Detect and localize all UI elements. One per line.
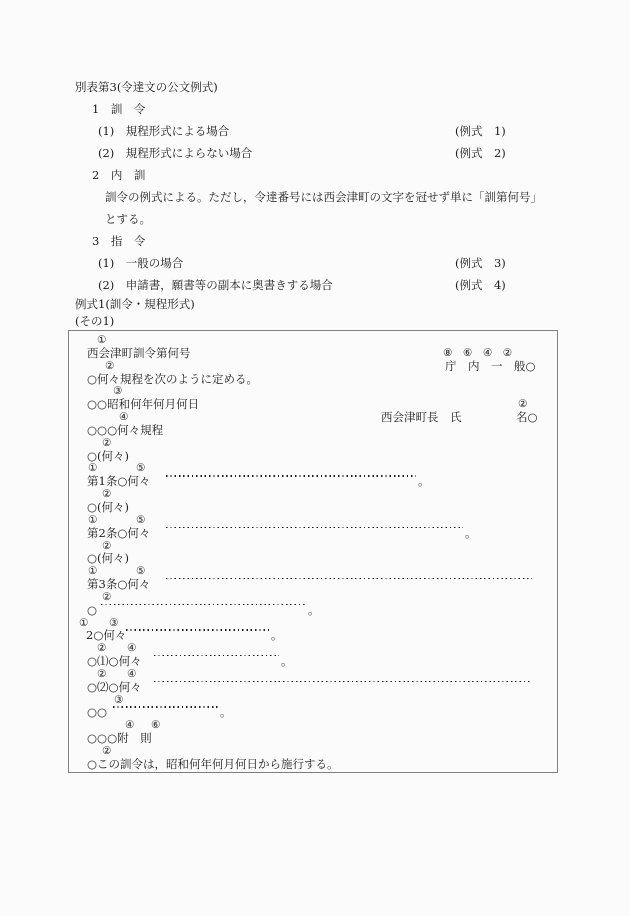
line-text: 第2条○何々 xyxy=(87,527,150,540)
dot-leader xyxy=(101,604,306,605)
document-title: 別表第3(令達文の公文例式) xyxy=(75,76,565,98)
line-text: ○(何々) xyxy=(87,552,129,565)
spacing-annotation-line: ③ xyxy=(69,694,557,707)
outline-section: 別表第3(令達文の公文例式) 1 訓 令(1) 規程形式による場合(例式 1)(… xyxy=(75,76,565,296)
format-reference-label: (例式 1) xyxy=(455,120,506,142)
line-text: 2○何々 xyxy=(86,629,126,642)
document-text-line: 第2条○何々。 xyxy=(69,527,557,540)
circled-number: ② xyxy=(102,745,111,758)
document-text-line: 第3条○何々 xyxy=(69,578,557,591)
spacing-annotation-line: ②④ xyxy=(69,642,557,655)
circled-number: ① xyxy=(88,514,97,527)
document-text-line: ○○○何々規程 xyxy=(69,424,557,437)
dot-leader xyxy=(166,475,416,476)
dot-leader xyxy=(154,681,532,682)
circled-number: ⑤ xyxy=(136,514,145,527)
document-text-line: ○⑵○何々 xyxy=(69,681,557,694)
line-text: ○○ xyxy=(87,706,107,719)
spacing-annotation-line: ①⑤ xyxy=(69,514,557,527)
outline-line: 2 内 訓 xyxy=(75,164,565,186)
outline-lines: 1 訓 令(1) 規程形式による場合(例式 1)(2) 規程形式によらない場合(… xyxy=(75,98,565,296)
dot-leader xyxy=(126,629,269,630)
line-text: ○(何々) xyxy=(87,450,129,463)
document-text-line: ○○。 xyxy=(69,706,557,719)
spacing-annotation-line: ②④ xyxy=(69,668,557,681)
outline-line-text: (1) 規程形式による場合 xyxy=(98,124,229,138)
document-text-line: 第1条○何々。 xyxy=(69,475,557,488)
line-text: 。 xyxy=(308,604,320,617)
format-reference-label: (例式 4) xyxy=(455,274,506,296)
outline-line-text: (1) 一般の場合 xyxy=(98,256,183,270)
circled-number: ② xyxy=(102,437,111,450)
outline-line: 訓令の例式による。ただし，令達番号には西会津町の文字を冠せず単に「訓第何号」 xyxy=(75,186,565,208)
line-text: 名○ xyxy=(516,411,538,424)
line-text: 。 xyxy=(220,706,232,719)
spacing-annotation-line: ①③ xyxy=(69,617,557,630)
document-text-line: ○⑴○何々。 xyxy=(69,655,557,668)
example-box-lines: ①西会津町訓令第何号⑧ ⑥ ④ ②②庁 内 一 般○○何々規程を次のように定める… xyxy=(69,334,557,771)
line-text: 。 xyxy=(271,629,283,642)
spacing-annotation-line: ④西会津町長 氏名○ xyxy=(69,411,557,424)
circled-number: ④ xyxy=(119,411,128,424)
line-text: 第3条○何々 xyxy=(87,578,150,591)
spacing-annotation-line: ① xyxy=(69,334,557,347)
line-text: 第1条○何々 xyxy=(87,475,150,488)
example-subcaption: (その1) xyxy=(75,313,195,330)
circled-number: ② xyxy=(105,360,114,373)
line-text: ○ xyxy=(87,604,97,617)
outline-line-text: とする。 xyxy=(105,212,151,226)
spacing-annotation-line: ② xyxy=(69,488,557,501)
line-text: ○⑵○何々 xyxy=(87,681,142,694)
outline-line-text: 1 訓 令 xyxy=(92,102,145,116)
outline-line: 1 訓 令 xyxy=(75,98,565,120)
outline-line-text: 3 指 令 xyxy=(92,234,145,248)
document-text-line: ○(何々) xyxy=(69,501,557,514)
line-text: ○○○附 則 xyxy=(87,732,152,745)
line-text: 。 xyxy=(281,655,293,668)
document-text-line: ○○○附 則 xyxy=(69,732,557,745)
circled-number: ① xyxy=(97,334,106,347)
circled-number: ④ xyxy=(127,668,136,681)
example-box: ①西会津町訓令第何号⑧ ⑥ ④ ②②庁 内 一 般○○何々規程を次のように定める… xyxy=(68,330,558,773)
outline-line-text: (2) 申請書，願書等の副本に奥書きする場合 xyxy=(98,278,333,292)
outline-line: (1) 一般の場合(例式 3) xyxy=(75,252,565,274)
spacing-annotation-line: ②庁 内 一 般○ xyxy=(69,360,557,373)
line-text: 。 xyxy=(418,475,430,488)
document-text-line: 西会津町訓令第何号⑧ ⑥ ④ ② xyxy=(69,347,557,360)
outline-line: (2) 規程形式によらない場合(例式 2) xyxy=(75,142,565,164)
line-text: 西会津町長 氏 xyxy=(381,411,462,424)
dot-leader xyxy=(113,706,218,707)
spacing-annotation-line: ② xyxy=(69,437,557,450)
outline-line-text: 訓令の例式による。ただし，令達番号には西会津町の文字を冠せず単に「訓第何号」 xyxy=(105,190,542,204)
circled-number: ③ xyxy=(114,694,123,707)
document-text-line: ○(何々) xyxy=(69,552,557,565)
outline-line: (1) 規程形式による場合(例式 1) xyxy=(75,120,565,142)
outline-line: 3 指 令 xyxy=(75,230,565,252)
line-text: ○⑴○何々 xyxy=(87,655,142,668)
line-text: ○○○何々規程 xyxy=(87,424,163,437)
example-caption: 例式1(訓令・規程形式) xyxy=(75,296,195,313)
document-text-line: ○(何々) xyxy=(69,450,557,463)
spacing-annotation-line: ② xyxy=(69,745,557,758)
outline-line: とする。 xyxy=(75,208,565,230)
format-reference-label: (例式 2) xyxy=(455,142,506,164)
line-text: ○(何々) xyxy=(87,501,129,514)
outline-line-text: 2 内 訓 xyxy=(92,168,145,182)
format-reference-label: (例式 3) xyxy=(455,252,506,274)
dot-leader xyxy=(166,578,532,579)
line-text: ○この訓令は，昭和何年何月何日から施行する。 xyxy=(87,758,339,771)
circled-number: ⑧ ⑥ ④ ② xyxy=(443,347,512,360)
circled-number: ② xyxy=(97,668,106,681)
example-captions: 例式1(訓令・規程形式) (その1) xyxy=(75,296,195,329)
spacing-annotation-line: ② xyxy=(69,591,557,604)
line-text: 西会津町訓令第何号 xyxy=(87,347,191,360)
spacing-annotation-line: ② xyxy=(69,540,557,553)
document-text-line: ○○昭和何年何月何日② xyxy=(69,398,557,411)
outline-line: (2) 申請書，願書等の副本に奥書きする場合(例式 4) xyxy=(75,274,565,296)
line-text: 。 xyxy=(465,527,477,540)
circled-number: ② xyxy=(102,591,111,604)
line-text: 庁 内 一 般○ xyxy=(445,360,536,373)
document-text-line: ○。 xyxy=(69,604,557,617)
document-page: 別表第3(令達文の公文例式) 1 訓 令(1) 規程形式による場合(例式 1)(… xyxy=(0,0,630,916)
dot-leader xyxy=(166,527,463,528)
document-text-line: ○何々規程を次のように定める。 xyxy=(69,373,557,386)
line-text: ○○昭和何年何月何日 xyxy=(87,398,199,411)
dot-leader xyxy=(154,655,279,656)
line-text: ○何々規程を次のように定める。 xyxy=(87,373,258,386)
circled-number: ⑥ xyxy=(151,719,160,732)
document-text-line: 2○何々。 xyxy=(69,629,557,642)
outline-line-text: (2) 規程形式によらない場合 xyxy=(98,146,252,160)
document-text-line: ○この訓令は，昭和何年何月何日から施行する。 xyxy=(69,758,557,771)
